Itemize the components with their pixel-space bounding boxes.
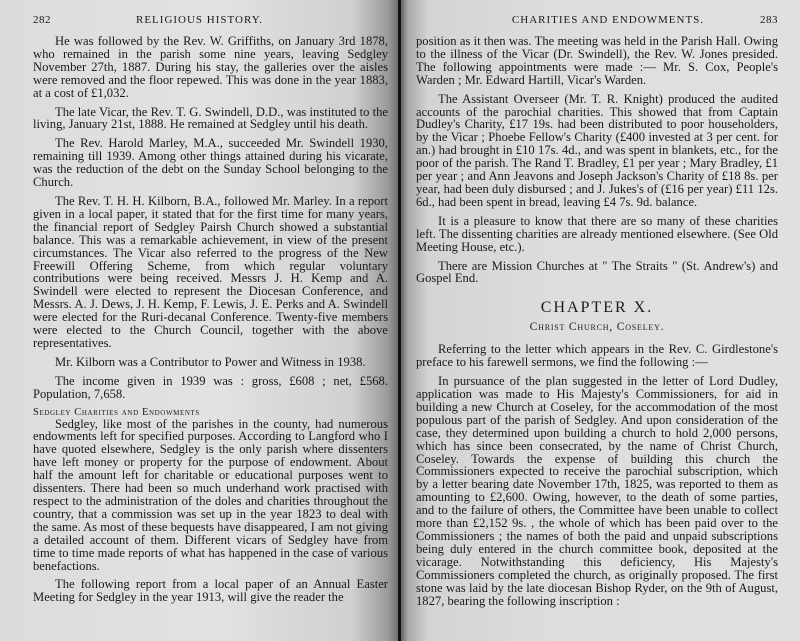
page-number: 282 bbox=[33, 14, 51, 26]
paragraph: The following report from a local paper … bbox=[33, 578, 388, 604]
paragraph: The Assistant Overseer (Mr. T. R. Knight… bbox=[416, 93, 778, 209]
paragraph: In pursuance of the plan suggested in th… bbox=[416, 375, 778, 607]
right-page: CHARITIES AND ENDOWMENTS. 283 position a… bbox=[400, 0, 800, 641]
running-head-title: RELIGIOUS HISTORY. bbox=[51, 14, 388, 26]
paragraph: position as it then was. The meeting was… bbox=[416, 35, 778, 87]
page-number: 283 bbox=[760, 14, 778, 26]
paragraph: The late Vicar, the Rev. T. G. Swindell,… bbox=[33, 106, 388, 132]
section-heading: Sedgley Charities and Endowments bbox=[33, 407, 388, 418]
paragraph: He was followed by the Rev. W. Griffiths… bbox=[33, 35, 388, 100]
paragraph: It is a pleasure to know that there are … bbox=[416, 215, 778, 254]
chapter-subtitle: Christ Church, Coseley. bbox=[416, 321, 778, 333]
left-page-body: He was followed by the Rev. W. Griffiths… bbox=[33, 35, 388, 604]
running-head-left: 282 RELIGIOUS HISTORY. bbox=[33, 14, 388, 26]
paragraph: Referring to the letter which appears in… bbox=[416, 343, 778, 369]
paragraph: Sedgley, like most of the parishes in th… bbox=[33, 418, 388, 573]
running-head-right: CHARITIES AND ENDOWMENTS. 283 bbox=[416, 14, 778, 26]
left-page: 282 RELIGIOUS HISTORY. He was followed b… bbox=[0, 0, 400, 641]
paragraph: The Rev. Harold Marley, M.A., succeeded … bbox=[33, 137, 388, 189]
paragraph: The income given in 1939 was : gross, £6… bbox=[33, 375, 388, 401]
paragraph: Mr. Kilborn was a Contributor to Power a… bbox=[33, 356, 388, 369]
book-gutter bbox=[398, 0, 401, 641]
paragraph: The Rev. T. H. H. Kilborn, B.A., followe… bbox=[33, 195, 388, 350]
running-head-title: CHARITIES AND ENDOWMENTS. bbox=[416, 14, 760, 26]
chapter-title: CHAPTER X. bbox=[416, 299, 778, 317]
right-page-body: position as it then was. The meeting was… bbox=[416, 35, 778, 607]
paragraph: There are Mission Churches at " The Stra… bbox=[416, 260, 778, 286]
book-spread: 282 RELIGIOUS HISTORY. He was followed b… bbox=[0, 0, 800, 641]
